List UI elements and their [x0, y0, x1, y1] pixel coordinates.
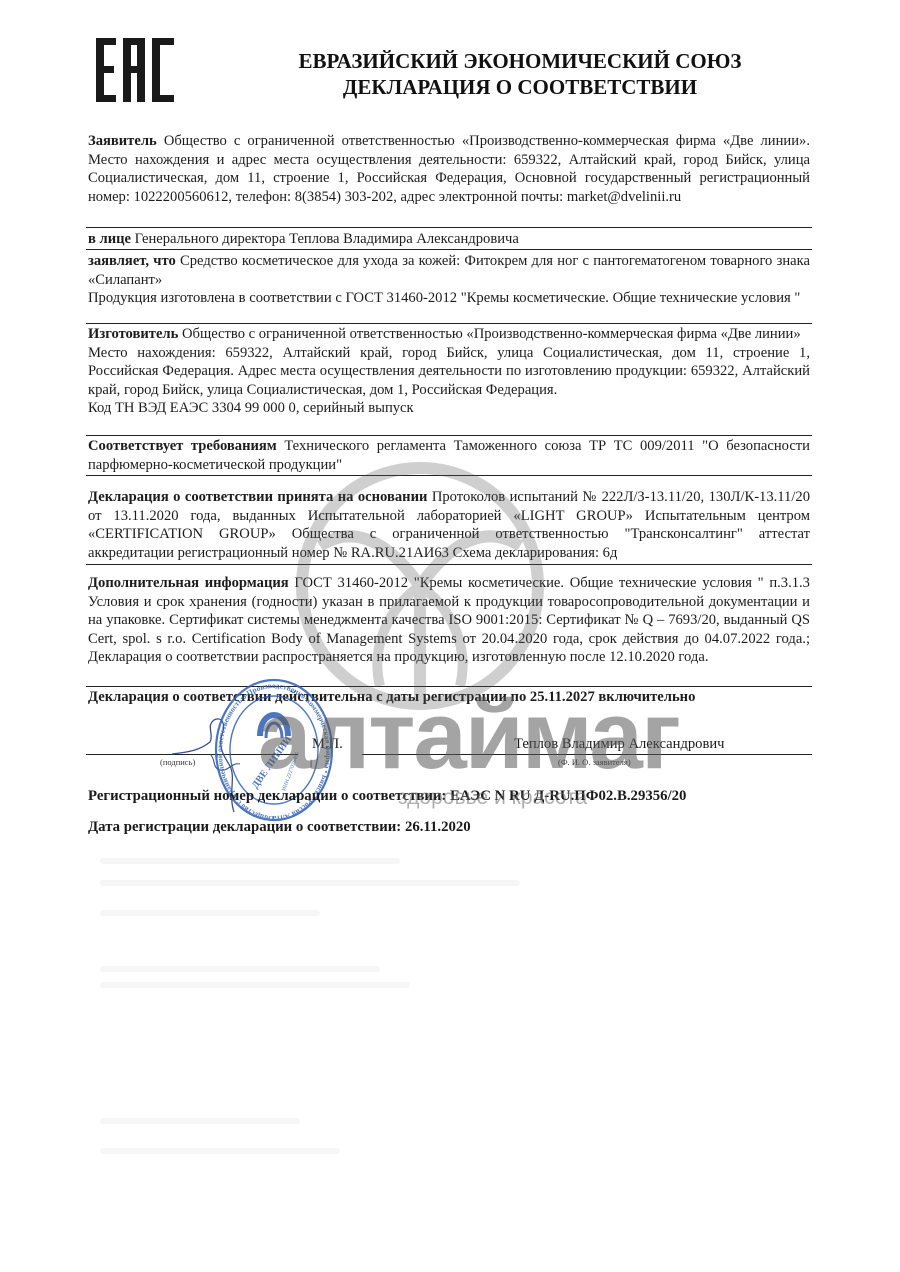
manufacturer-section: Изготовитель Общество с ограниченной отв…: [88, 325, 810, 418]
signer-line: [362, 754, 812, 755]
product-text: Средство косметическое для ухода за коже…: [88, 253, 810, 288]
document-title: ЕВРАЗИЙСКИЙ ЭКОНОМИЧЕСКИЙ СОЮЗ ДЕКЛАРАЦИ…: [220, 48, 820, 100]
bleed-through: [100, 966, 380, 972]
conforms-label: Соответствует требованиям: [88, 438, 277, 454]
registration-number-value: ЕАЭС N RU Д-RU.ПФ02.В.29356/20: [450, 788, 686, 804]
manufacturer-label: Изготовитель: [88, 326, 178, 342]
product-standard: Продукция изготовлена в соответствии с Г…: [88, 289, 810, 308]
divider: [86, 249, 812, 250]
title-union: ЕВРАЗИЙСКИЙ ЭКОНОМИЧЕСКИЙ СОЮЗ: [220, 48, 820, 74]
manufacturer-text: Общество с ограниченной ответственностью…: [182, 326, 801, 342]
registration-number-label: Регистрационный номер декларации о соотв…: [88, 788, 446, 804]
represented-by-section: в лице Генерального директора Теплова Вл…: [88, 230, 810, 249]
additional-info-section: Дополнительная информация ГОСТ 31460-201…: [88, 574, 810, 667]
registration-date-label: Дата регистрации декларации о соответств…: [88, 819, 401, 835]
svg-text:ИНН 2227026465: ИНН 2227026465: [281, 751, 301, 792]
divider: [86, 227, 812, 228]
applicant-section: Заявитель Общество с ограниченной ответс…: [88, 132, 810, 206]
eac-logo: [96, 38, 174, 102]
bleed-through: [100, 1118, 300, 1124]
divider: [86, 435, 812, 436]
divider: [86, 475, 812, 476]
signer-caption: (Ф. И. О. заявителя): [558, 757, 631, 767]
divider: [86, 564, 812, 565]
bleed-through: [100, 880, 520, 886]
divider: [86, 323, 812, 324]
registration-date: Дата регистрации декларации о соответств…: [88, 819, 471, 836]
conforms-section: Соответствует требованиям Технического р…: [88, 437, 810, 474]
declares-section: заявляет, что Средство косметическое для…: [88, 252, 810, 308]
declares-label: заявляет, что: [88, 253, 176, 269]
represented-by-label: в лице: [88, 231, 131, 247]
title-declaration: ДЕКЛАРАЦИЯ О СООТВЕТСТВИИ: [220, 74, 820, 100]
registration-number: Регистрационный номер декларации о соотв…: [88, 788, 686, 805]
bleed-through: [100, 1148, 340, 1154]
bleed-through: [100, 910, 320, 916]
declaration-page: ЕВРАЗИЙСКИЙ ЭКОНОМИЧЕСКИЙ СОЮЗ ДЕКЛАРАЦИ…: [0, 0, 900, 1272]
applicant-text: Общество с ограниченной ответственностью…: [88, 133, 810, 205]
basis-label: Декларация о соответствии принята на осн…: [88, 489, 427, 505]
applicant-label: Заявитель: [88, 133, 157, 149]
bleed-through: [100, 982, 410, 988]
hs-code: Код ТН ВЭД ЕАЭС 3304 99 000 0, серийный …: [88, 399, 810, 418]
divider: [86, 686, 812, 687]
signer-name: Теплов Владимир Александрович: [514, 736, 725, 753]
bleed-through: [100, 858, 400, 864]
manufacturer-address: Место нахождения: 659322, Алтайский край…: [88, 344, 810, 400]
represented-by-text: Генерального директора Теплова Владимира…: [135, 231, 519, 247]
additional-info-label: Дополнительная информация: [88, 575, 289, 591]
registration-date-value: 26.11.2020: [405, 819, 471, 835]
basis-section: Декларация о соответствии принята на осн…: [88, 488, 810, 562]
